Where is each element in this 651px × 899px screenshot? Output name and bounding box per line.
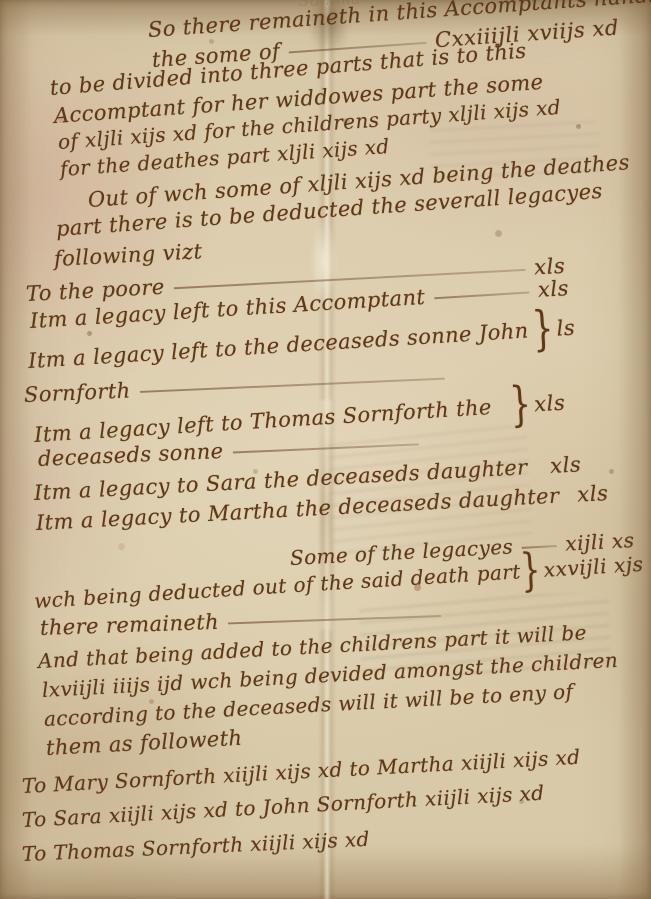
- amount-text: ls: [556, 316, 576, 341]
- brace-mark: }: [508, 376, 532, 432]
- line-text: there remaineth: [40, 610, 220, 640]
- brace-mark: }: [531, 300, 555, 356]
- ink-fill-line: [228, 615, 441, 624]
- manuscript-line: To Thomas Sornforth xiijli xijs xd: [21, 822, 474, 866]
- amount-text: xxvijli xjs viijd: [543, 549, 651, 582]
- amount-text: xls: [533, 391, 566, 417]
- amount-text: xls: [577, 481, 609, 507]
- manuscript-page: Summa ·············So there remaineth in…: [0, 0, 651, 899]
- line-text: them as followeth: [45, 726, 243, 760]
- manuscript-line: following vizt: [53, 236, 274, 271]
- ink-fill-line: [434, 291, 529, 299]
- ink-fill-line: [232, 443, 418, 453]
- brace-mark: }: [519, 544, 542, 597]
- line-text: Sornforth: [23, 378, 131, 407]
- paper-speckles: [0, 0, 3, 3]
- amount-text: xls: [537, 276, 570, 302]
- line-text: following vizt: [53, 239, 203, 271]
- amount-text: xls: [550, 452, 582, 478]
